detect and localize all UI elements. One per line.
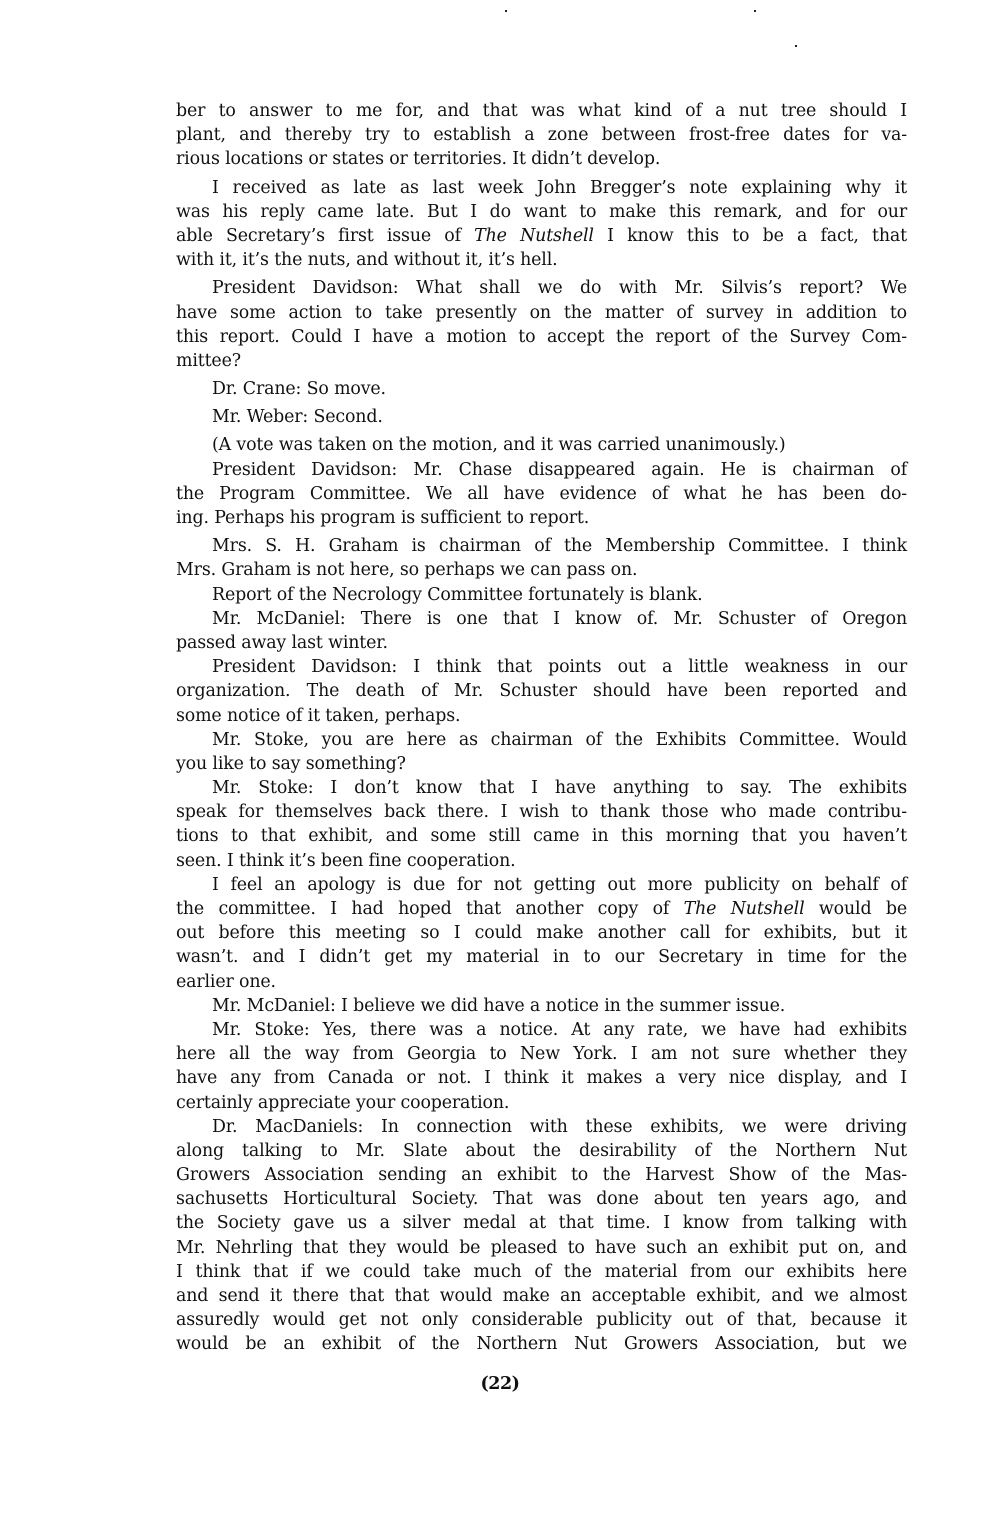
text-line: assuredly would get not only considerabl… [176, 1308, 907, 1332]
paragraph: ber to answer to me for, and that was wh… [176, 99, 907, 172]
text-line: would be an exhibit of the Northern Nut … [176, 1332, 907, 1356]
text-line: Report of the Necrology Committee fortun… [176, 583, 907, 607]
text-line: Mr. Stoke: I don’t know that I have anyt… [176, 776, 907, 800]
text-line: here all the way from Georgia to New Yor… [176, 1042, 907, 1066]
text-line: Mr. Nehrling that they would be pleased … [176, 1236, 907, 1260]
text-line: you like to say something? [176, 752, 907, 776]
text-line: Mr. Stoke: Yes, there was a notice. At a… [176, 1018, 907, 1042]
publication-title: The Nutshell [474, 226, 594, 246]
paragraph: President Davidson: I think that points … [176, 655, 907, 728]
text-line: certainly appreciate your cooperation. [176, 1091, 907, 1115]
scan-speck [754, 10, 756, 12]
text-line: have any from Canada or not. I think it … [176, 1066, 907, 1090]
text-line: I received as late as last week John Bre… [176, 176, 907, 200]
paragraph: Mrs. S. H. Graham is chairman of the Mem… [176, 534, 907, 582]
text-line: Dr. Crane: So move. [176, 377, 907, 401]
text-line: organization. The death of Mr. Schuster … [176, 679, 907, 703]
text-line: plant, and thereby try to establish a zo… [176, 123, 907, 147]
text-line: passed away last winter. [176, 631, 907, 655]
publication-title: The Nutshell [684, 899, 805, 919]
scan-speck [795, 45, 797, 47]
paragraph: (A vote was taken on the motion, and it … [176, 433, 907, 457]
text-line: able Secretary’s first issue of The Nuts… [176, 224, 907, 248]
text-line: President Davidson: Mr. Chase disappeare… [176, 458, 907, 482]
paragraph: Mr. McDaniel: I believe we did have a no… [176, 994, 907, 1018]
text-line: rious locations or states or territories… [176, 147, 907, 171]
page-body: ber to answer to me for, and that was wh… [176, 99, 907, 1357]
paragraph: Mr. Stoke: Yes, there was a notice. At a… [176, 1018, 907, 1115]
text-line: Mr. Weber: Second. [176, 405, 907, 429]
paragraph: Dr. Crane: So move. [176, 377, 907, 401]
text-line: the committee. I had hoped that another … [176, 897, 907, 921]
text-line: ber to answer to me for, and that was wh… [176, 99, 907, 123]
text-line: tions to that exhibit, and some still ca… [176, 824, 907, 848]
paragraph: I feel an apology is due for not getting… [176, 873, 907, 994]
text-line: (A vote was taken on the motion, and it … [176, 433, 907, 457]
paragraph: Mr. Weber: Second. [176, 405, 907, 429]
text-line: sachusetts Horticultural Society. That w… [176, 1187, 907, 1211]
text-line: out before this meeting so I could make … [176, 921, 907, 945]
paragraph: Mr. McDaniel: There is one that I know o… [176, 607, 907, 655]
text-line: ing. Perhaps his program is sufficient t… [176, 506, 907, 530]
text-line: Mr. Stoke, you are here as chairman of t… [176, 728, 907, 752]
text-line: I feel an apology is due for not getting… [176, 873, 907, 897]
text-line: the Society gave us a silver medal at th… [176, 1211, 907, 1235]
text-line: along talking to Mr. Slate about the des… [176, 1139, 907, 1163]
paragraph: Mr. Stoke, you are here as chairman of t… [176, 728, 907, 776]
text-line: and send it there that that would make a… [176, 1284, 907, 1308]
text-line: Mr. McDaniel: I believe we did have a no… [176, 994, 907, 1018]
text-line: have some action to take presently on th… [176, 301, 907, 325]
text-line: the Program Committee. We all have evide… [176, 482, 907, 506]
text-line: Dr. MacDaniels: In connection with these… [176, 1115, 907, 1139]
text-line: Growers Association sending an exhibit t… [176, 1163, 907, 1187]
text-line: was his reply came late. But I do want t… [176, 200, 907, 224]
text-line: some notice of it taken, perhaps. [176, 704, 907, 728]
text-line: speak for themselves back there. I wish … [176, 800, 907, 824]
text-line: earlier one. [176, 970, 907, 994]
text-line: mittee? [176, 349, 907, 373]
text-line: President Davidson: What shall we do wit… [176, 276, 907, 300]
paragraph: President Davidson: What shall we do wit… [176, 276, 907, 373]
text-line: wasn’t. and I didn’t get my material in … [176, 945, 907, 969]
text-line: Mrs. Graham is not here, so perhaps we c… [176, 558, 907, 582]
text-line: Mr. McDaniel: There is one that I know o… [176, 607, 907, 631]
paragraph: Mr. Stoke: I don’t know that I have anyt… [176, 776, 907, 873]
scan-speck [505, 10, 507, 12]
text-line: seen. I think it’s been fine cooperation… [176, 849, 907, 873]
text-line: President Davidson: I think that points … [176, 655, 907, 679]
page-number: (22) [0, 1374, 1000, 1394]
paragraph: President Davidson: Mr. Chase disappeare… [176, 458, 907, 531]
text-line: with it, it’s the nuts, and without it, … [176, 248, 907, 272]
text-line: Mrs. S. H. Graham is chairman of the Mem… [176, 534, 907, 558]
paragraph: Report of the Necrology Committee fortun… [176, 583, 907, 607]
paragraph: Dr. MacDaniels: In connection with these… [176, 1115, 907, 1357]
paragraph: I received as late as last week John Bre… [176, 176, 907, 273]
text-line: I think that if we could take much of th… [176, 1260, 907, 1284]
text-line: this report. Could I have a motion to ac… [176, 325, 907, 349]
